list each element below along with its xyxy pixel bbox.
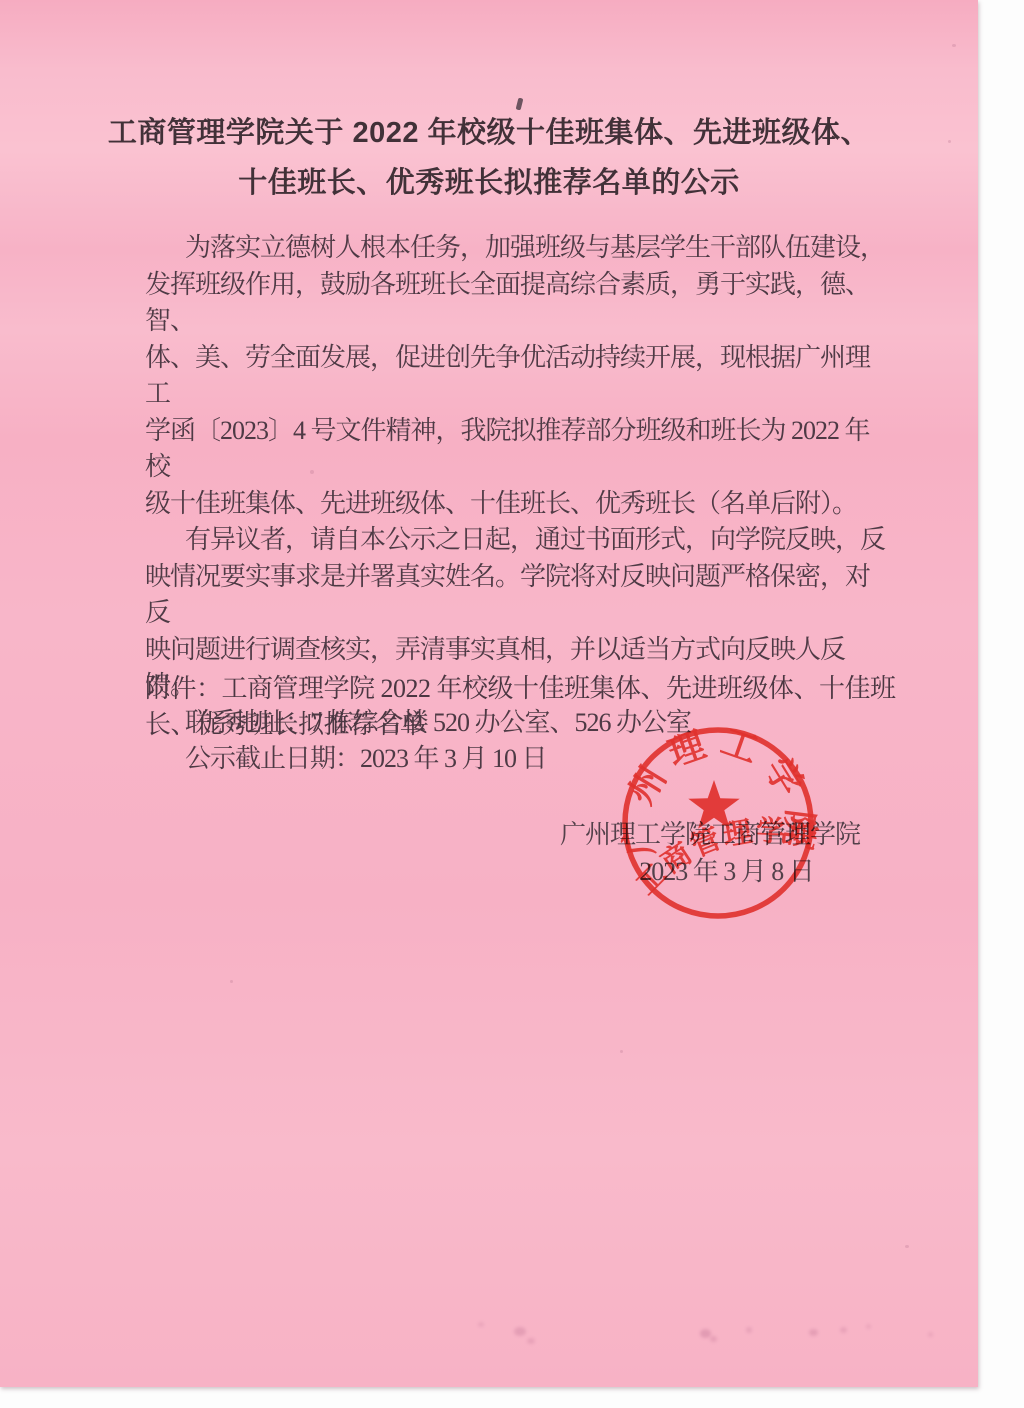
paragraph-1-line: 级十佳班集体、先进班级体、十佳班长、优秀班长（名单后附）。 [145,486,890,523]
paragraph-2-line: 有异议者，请自本公示之日起，通过书面形式，向学院反映，反 [145,522,890,559]
official-seal-stamp: 广州理工学院 工商管理学院 [610,715,826,931]
paragraph-1-line: 学函〔2023〕4 号文件精神，我院拟推荐部分班级和班长为 2022 年校 [145,413,890,486]
attachment-line: 附件：工商管理学院 2022 年校级十佳班集体、先进班级体、十佳班 [145,671,915,707]
scanned-document: 工商管理学院关于 2022 年校级十佳班集体、先进班级体、 十佳班长、优秀班长拟… [0,0,1024,1408]
paragraph-1-line: 体、美、劳全面发展，促进创先争优活动持续开展，现根据广州理工 [145,340,890,413]
paragraph-2-line: 映情况要实事求是并署真实姓名。学院将对反映问题严格保密，对反 [145,559,890,632]
seal-banner-text-holder: 工商管理学院 [630,814,823,901]
title-line-2: 十佳班长、优秀班长拟推荐名单的公示 [0,158,978,208]
pink-paper-sheet: 工商管理学院关于 2022 年校级十佳班集体、先进班级体、 十佳班长、优秀班长拟… [0,0,978,1387]
title-line-1: 工商管理学院关于 2022 年校级十佳班集体、先进班级体、 [0,108,978,158]
paragraph-1-line: 为落实立德树人根本任务，加强班级与基层学生干部队伍建设， [145,230,890,267]
seal-banner-text: 工商管理学院 [630,814,823,901]
document-title: 工商管理学院关于 2022 年校级十佳班集体、先进班级体、 十佳班长、优秀班长拟… [0,108,978,208]
paragraph-1-line: 发挥班级作用，鼓励各班班长全面提高综合素质，勇于实践，德、智、 [145,267,890,340]
